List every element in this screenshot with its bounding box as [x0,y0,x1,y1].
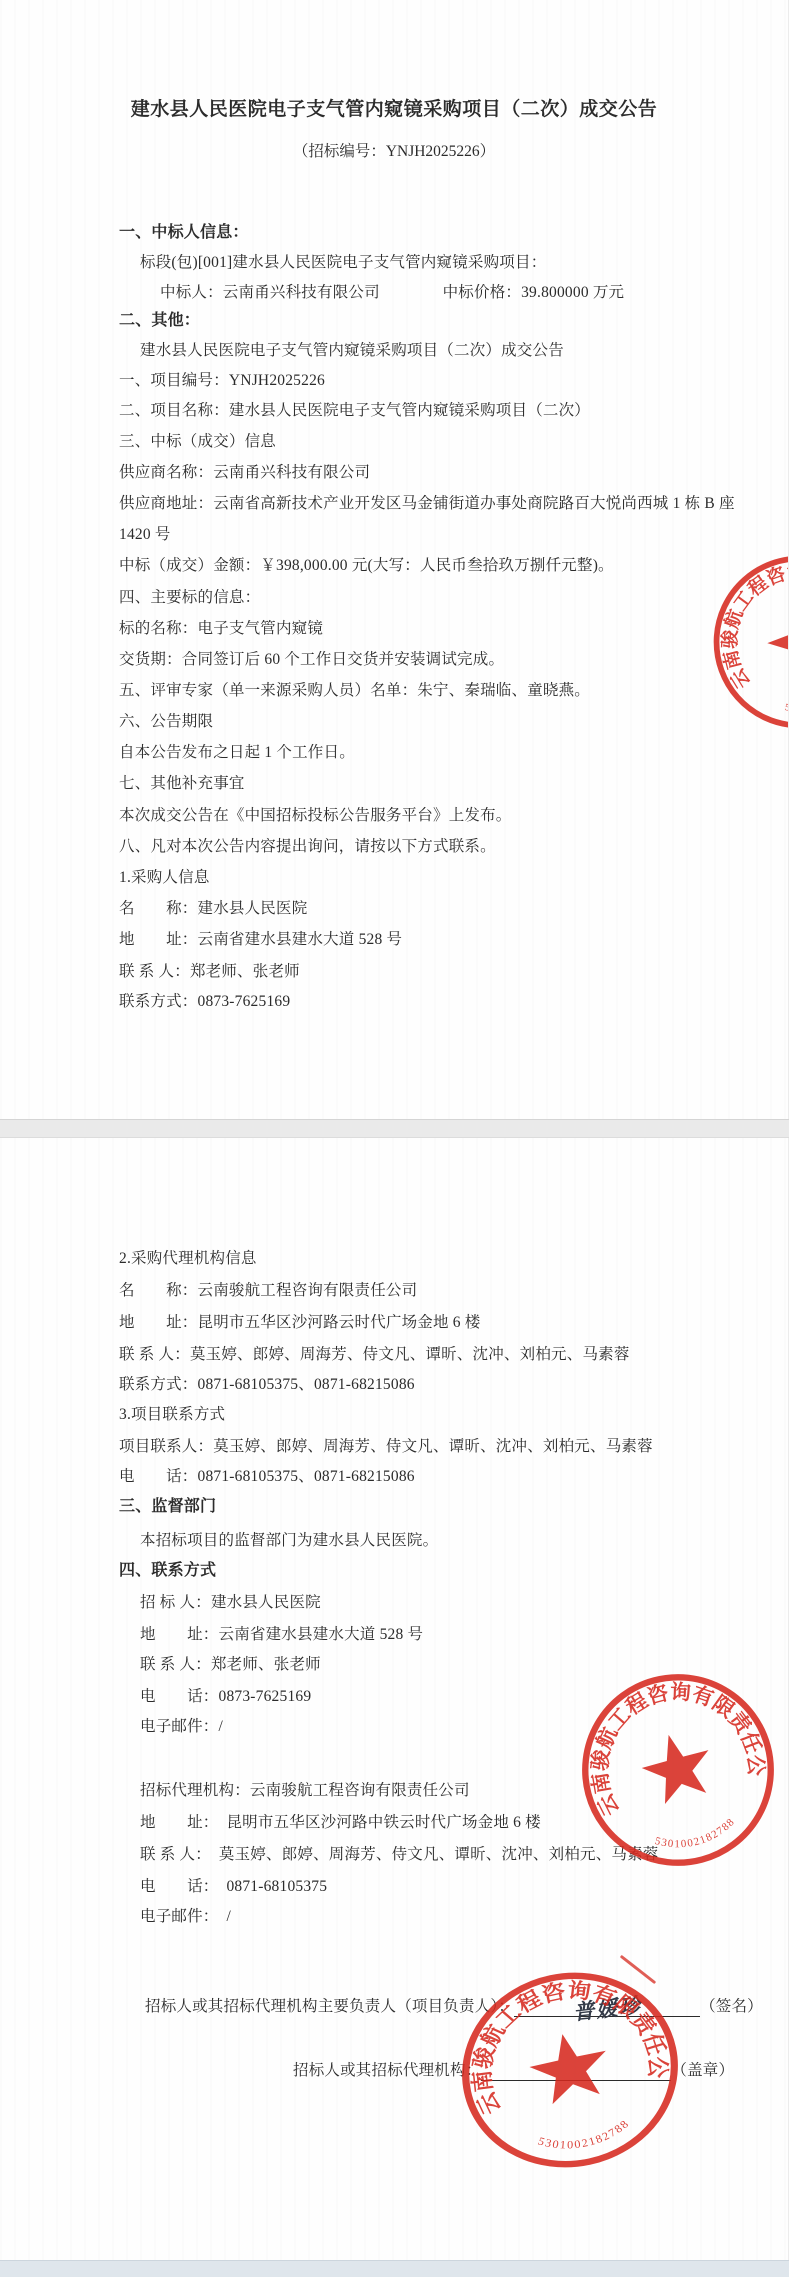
signature-underline: 普媛珍 [514,1998,700,2017]
doc-line: 招标代理机构：云南骏航工程咨询有限责任公司 [140,1780,470,1801]
doc-line: 标的名称：电子支气管内窥镜 [119,618,323,639]
seal-number-text: 5301002182788 [534,2116,635,2159]
doc-line: 二、项目名称：建水县人民医院电子支气管内窥镜采购项目（二次） [119,400,590,421]
doc-line: 一、项目编号：YNJH2025226 [119,370,325,391]
doc-line: 供应商地址：云南省高新技术产业开发区马金铺街道办事处商院路百大悦尚西城 1 栋 … [119,493,735,514]
doc-subtitle-tender-number: （招标编号：YNJH2025226） [0,139,788,161]
svg-text:5301002182788: 5301002182788 [781,677,789,724]
doc-line: 三、中标（成交）信息 [119,431,276,452]
doc-line: 本次成交公告在《中国招标投标公告服务平台》上发布。 [119,805,512,826]
stamp-suffix: （盖章） [671,2062,734,2079]
doc-line: 地 址：云南省建水县建水大道 528 号 [119,929,402,950]
doc-line: 联 系 人：郑老师、张老师 [140,1654,321,1675]
doc-line: 地 址：云南省建水县建水大道 528 号 [140,1624,423,1645]
signature-line-project-leader: 招标人或其招标代理机构主要负责人（项目负责人）：普媛珍（签名） [145,1996,763,2017]
official-seal-page1-edge-icon: 云南骏航工程咨询有限责任公司 5301002182788 [685,527,789,758]
doc-line: 七、其他补充事宜 [119,773,245,794]
seal-star-icon [760,601,789,678]
doc-line: 建水县人民医院电子支气管内窥镜采购项目（二次）成交公告 [140,340,564,361]
doc-line: 联 系 人： 莫玉婷、郎婷、周海芳、侍文凡、谭昕、沈冲、刘柏元、马素蓉 [140,1844,659,1865]
doc-line: 1.采购人信息 [119,867,210,888]
viewer-bottom-strip [0,2260,789,2277]
doc-line: 自本公告发布之日起 1 个工作日。 [119,742,355,763]
doc-line: 电子邮件：/ [140,1716,223,1737]
doc-title: 建水县人民医院电子支气管内窥镜采购项目（二次）成交公告 [0,94,788,121]
page-1: 建水县人民医院电子支气管内窥镜采购项目（二次）成交公告 （招标编号：YNJH20… [0,0,789,1119]
doc-line: 本招标项目的监督部门为建水县人民医院。 [140,1530,438,1551]
doc-line: 四、主要标的信息： [119,587,260,608]
doc-line: 电子邮件： / [140,1906,231,1927]
svg-text:云南骏航工程咨询有限责任公司: 云南骏航工程咨询有限责任公司 [438,1948,675,2124]
svg-text:5301002182788: 5301002182788 [651,1814,741,1859]
svg-text:云南骏航工程咨询有限责任公司: 云南骏航工程咨询有限责任公司 [685,527,789,700]
doc-line: 供应商名称：云南甬兴科技有限公司 [119,462,370,483]
doc-line: 2.采购代理机构信息 [119,1248,257,1269]
section-heading: 二、其他： [119,310,200,331]
stamp-underline [481,2062,671,2081]
doc-line: 联系方式：0873-7625169 [119,991,290,1012]
doc-line: 电 话： 0871-68105375 [140,1876,327,1897]
page-separator [0,1119,789,1138]
section-heading: 四、联系方式 [119,1560,216,1581]
seal-star-icon [635,1726,719,1807]
doc-line: 招 标 人：建水县人民医院 [140,1592,321,1613]
doc-line: 地 址： 昆明市五华区沙河路中铁云时代广场金地 6 楼 [140,1812,541,1833]
signature-line-agency-stamp: 招标人或其招标代理机构：（盖章） [293,2060,734,2081]
signature-suffix: （签名） [700,1998,763,2015]
doc-line: 3.项目联系方式 [119,1404,225,1425]
doc-line: 交货期：合同签订后 60 个工作日交货并安装调试完成。 [119,649,504,670]
section-heading: 三、监督部门 [119,1496,216,1517]
seal-number-text: 5301002182788 [651,1814,741,1859]
seal-company-text: 云南骏航工程咨询有限责任公司 [685,527,789,700]
doc-line: 五、评审专家（单一来源采购人员）名单：朱宁、秦瑞临、童晓燕。 [119,680,590,701]
doc-line: 联 系 人：郑老师、张老师 [119,961,300,982]
doc-line: 八、凡对本次公告内容提出询问，请按以下方式联系。 [119,836,496,857]
red-pen-mark [620,1955,657,1984]
doc-line: 名 称：建水县人民医院 [119,898,307,919]
section-heading: 一、中标人信息： [119,222,249,243]
page-2: 2.采购代理机构信息 名 称：云南骏航工程咨询有限责任公司 地 址：昆明市五华区… [0,1138,789,2260]
doc-line: 名 称：云南骏航工程咨询有限责任公司 [119,1280,417,1301]
seal-company-text: 云南骏航工程咨询有限责任公司 [556,1648,773,1827]
doc-line: 联系方式：0871-68105375、0871-68215086 [119,1374,415,1395]
doc-line: 中标（成交）金额：￥398,000.00 元(大写：人民币叁拾玖万捌仟元整)。 [119,555,614,576]
doc-line: 中标人：云南甬兴科技有限公司 中标价格：39.800000 万元 [160,282,624,303]
doc-line: 电 话：0871-68105375、0871-68215086 [119,1466,415,1487]
svg-text:5301002182788: 5301002182788 [534,2116,635,2159]
seal-company-text: 云南骏航工程咨询有限责任公司 [438,1948,675,2124]
doc-line: 联 系 人：莫玉婷、郎婷、周海芳、侍文凡、谭昕、沈冲、刘柏元、马素蓉 [119,1344,630,1365]
signature-label: 招标人或其招标代理机构主要负责人（项目负责人）： [145,1998,514,2015]
seal-ring [693,535,789,749]
seal-number-text: 5301002182788 [781,677,789,724]
doc-line: 1420 号 [119,524,171,545]
doc-line: 标段(包)[001]建水县人民医院电子支气管内窥镜采购项目： [140,252,546,273]
stamp-label: 招标人或其招标代理机构： [293,2062,481,2079]
doc-line: 六、公告期限 [119,711,213,732]
handwritten-signature: 普媛珍 [572,1995,643,2023]
doc-line: 电 话：0873-7625169 [140,1686,311,1707]
doc-line: 项目联系人：莫玉婷、郎婷、周海芳、侍文凡、谭昕、沈冲、刘柏元、马素蓉 [119,1436,653,1457]
doc-line: 地 址：昆明市五华区沙河路云时代广场金地 6 楼 [119,1312,481,1333]
document-viewer: { "doc": { "title": "建水县人民医院电子支气管内窥镜采购项目… [0,0,789,2277]
svg-text:云南骏航工程咨询有限责任公司: 云南骏航工程咨询有限责任公司 [556,1648,773,1827]
